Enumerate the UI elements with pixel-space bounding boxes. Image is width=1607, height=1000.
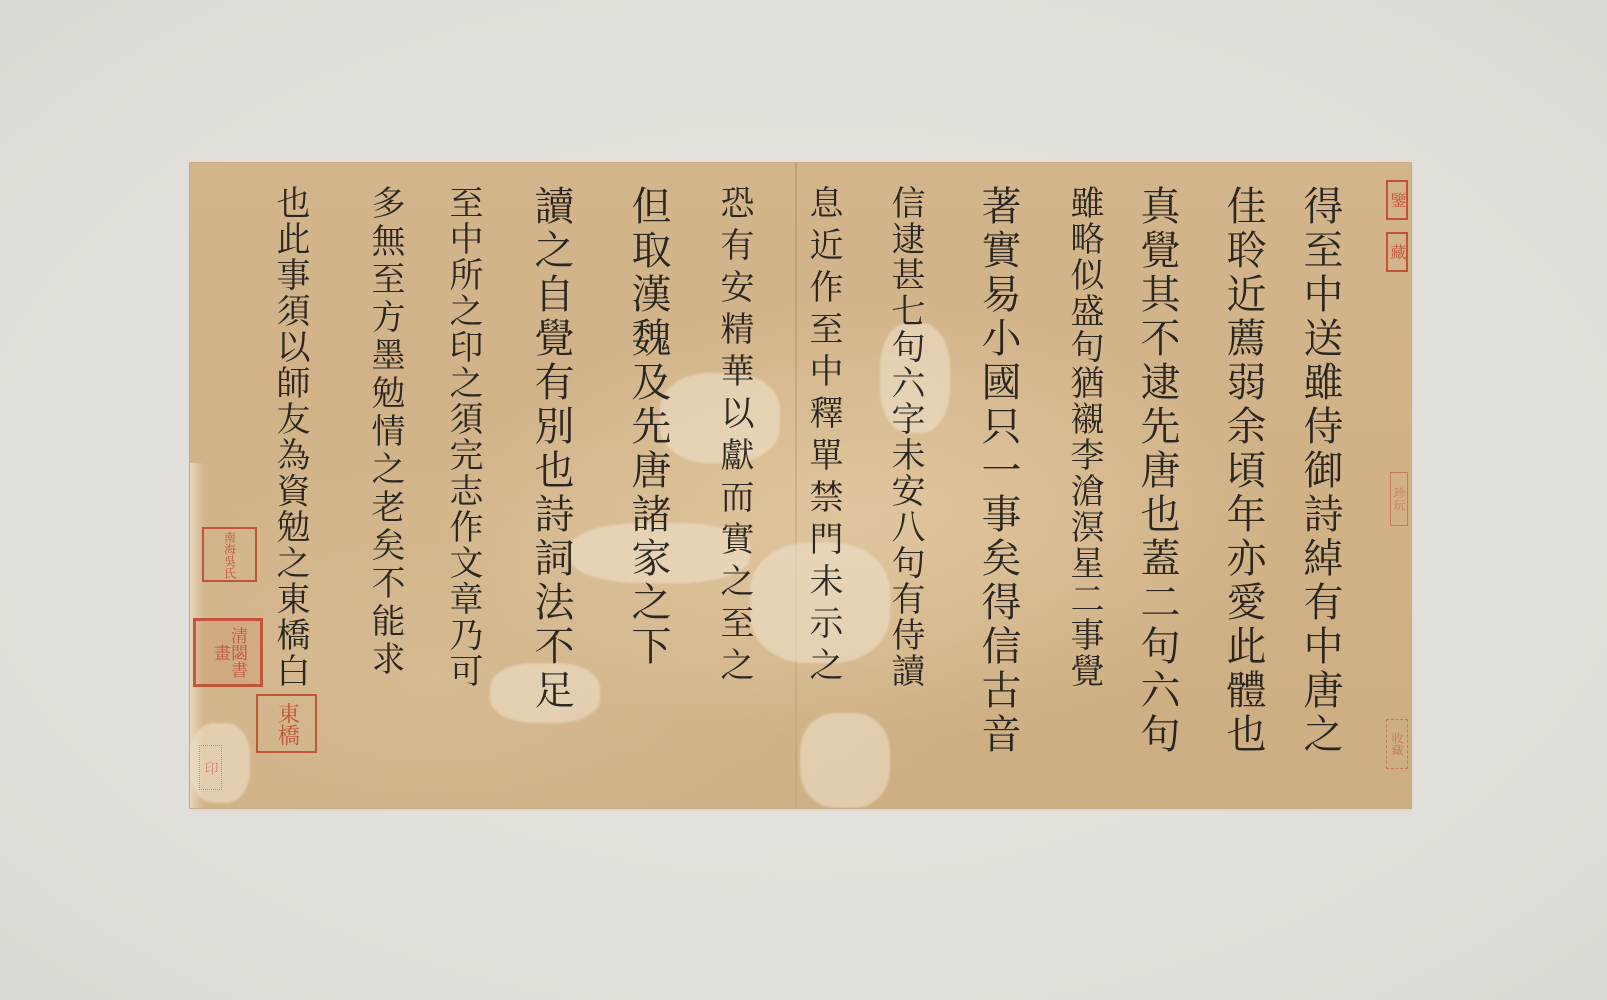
collector-seal: 清閟書畫 [193,618,263,687]
text-column: 信逮甚七句六字未安八句有侍讀 [875,185,935,689]
signature-seal: 東橋 [256,694,317,753]
text-column: 得至中送雖侍御詩綽有中唐之 [1290,185,1350,757]
collector-seal: 藏 [1386,232,1408,272]
collector-seal: 鑒 [1386,180,1408,220]
text-column: 讀之自覺有別也詩詞法不足 [521,185,581,713]
paper-flaking [800,713,890,808]
text-column: 但取漢魏及先唐諸家之下 [618,185,678,669]
text-column: 雖略似盛句猶襯李滄溟星二事覺 [1054,185,1114,689]
collector-seal: 印 [199,745,222,790]
collector-seal: 珍玩 [1390,472,1408,526]
text-column: 至中所之印之須完志作文章乃可 [433,185,493,689]
text-column: 息近作至中釋單禁門未示之 [793,185,853,689]
collector-seal: 收藏 [1386,719,1408,769]
collector-seal: 南海吳氏 [202,527,257,582]
calligraphy-paper: 得至中送雖侍御詩綽有中唐之 佳聆近薦弱余頃年亦愛此體也 真覺其不逮先唐也蓋二句六… [190,163,1411,808]
text-column: 恐有安精華以獻而實之至之 [704,185,764,689]
text-column: 也此事須以師友為資勉之東橋白 [260,185,320,689]
text-column: 佳聆近薦弱余頃年亦愛此體也 [1213,185,1273,757]
text-column: 著實易小國只一事矣得信古音 [968,185,1028,757]
text-column: 多無至方墨勉情之老矣不能求 [355,185,415,679]
text-column: 真覺其不逮先唐也蓋二句六句 [1127,185,1187,757]
